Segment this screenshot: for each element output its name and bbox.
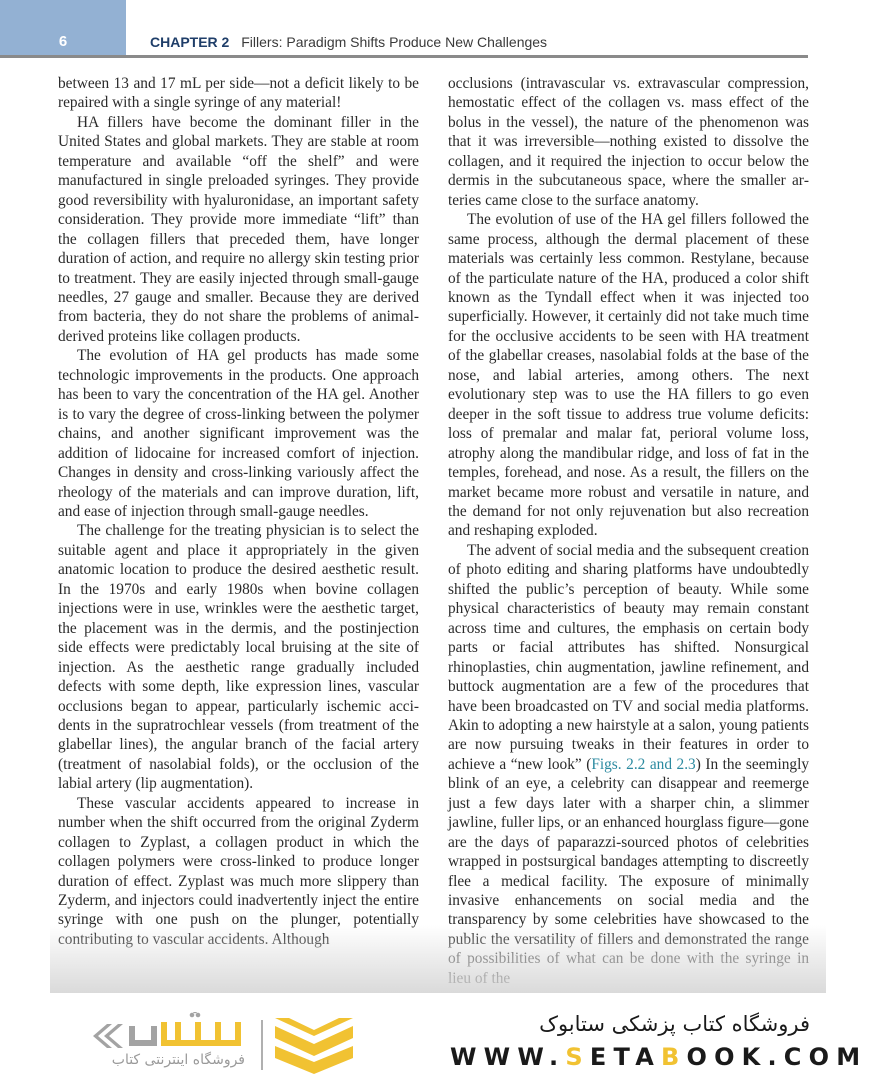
- paragraph-social-media: The advent of social media and the subse…: [448, 541, 809, 988]
- setabook-wordmark-icon: [85, 1012, 245, 1052]
- paragraph: These vascular accidents appeared to inc…: [58, 794, 419, 950]
- chevron-emblem-icon: [275, 1018, 353, 1074]
- paragraph: The challenge for the treating physician…: [58, 521, 419, 793]
- logo-divider: [261, 1020, 263, 1070]
- paragraph-text: The advent of social media and the subse…: [448, 542, 809, 773]
- chapter-label: CHAPTER 2: [150, 34, 229, 50]
- logo-tagline: فروشگاه اینترنتی کتاب: [90, 1052, 245, 1068]
- chapter-title: Fillers: Paradigm Shifts Produce New Cha…: [241, 34, 547, 50]
- paragraph: between 13 and 17 mL per side—not a defi…: [58, 74, 419, 113]
- header-rule: [0, 55, 808, 58]
- url-part: ETA: [590, 1043, 661, 1071]
- url-accent-s: S: [565, 1043, 590, 1071]
- running-head: CHAPTER 2 Fillers: Paradigm Shifts Produ…: [150, 34, 547, 50]
- left-column: between 13 and 17 mL per side—not a defi…: [58, 74, 419, 949]
- store-url[interactable]: WWW.SETABOOK.COM: [450, 1043, 867, 1071]
- page-number: 6: [0, 33, 126, 50]
- right-column: occlusions (intravascular vs. extravascu…: [448, 74, 809, 988]
- figure-reference-link[interactable]: Figs. 2.2 and 2.3: [591, 756, 695, 773]
- paragraph: HA fillers have become the dominant fill…: [58, 113, 419, 346]
- url-suffix: OOK.COM: [686, 1043, 867, 1071]
- paragraph: The evolution of use of the HA gel fille…: [448, 210, 809, 541]
- store-name: فروشگاه کتاب پزشکی ستابوک: [540, 1012, 810, 1036]
- paragraph: The evolution of HA gel products has mad…: [58, 346, 419, 521]
- url-accent-b: B: [661, 1043, 687, 1071]
- setabook-logo: فروشگاه اینترنتی کتاب: [85, 1012, 355, 1074]
- url-prefix: WWW.: [450, 1043, 565, 1071]
- paragraph-text: ) In the seemingly blink of an eye, a ce…: [448, 756, 809, 987]
- paragraph: occlusions (intravascular vs. extravascu…: [448, 74, 809, 210]
